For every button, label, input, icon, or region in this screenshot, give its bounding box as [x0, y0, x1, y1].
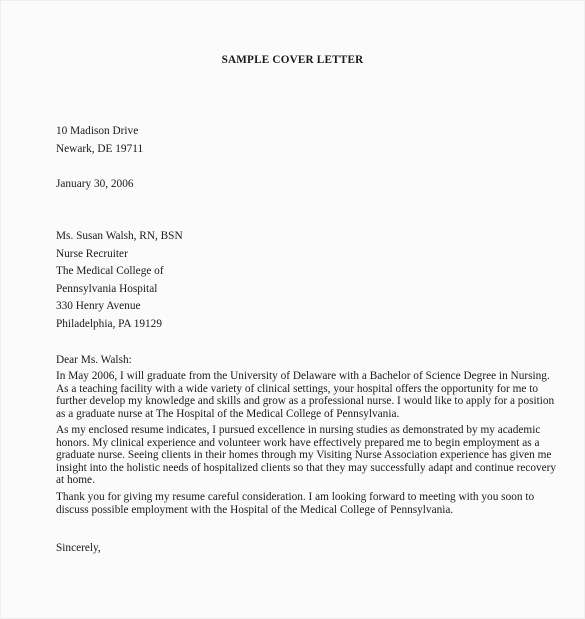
- closing: Sincerely,: [56, 540, 101, 556]
- paragraph-line: honors. My clinical experience and volun…: [56, 437, 566, 450]
- salutation: Dear Ms. Walsh:: [56, 352, 132, 368]
- recipient-organization-line-2: Pennsylvania Hospital: [56, 281, 183, 299]
- recipient-street: 330 Henry Avenue: [56, 298, 183, 316]
- paragraph-line: graduate nurse. Seeing clients in their …: [56, 449, 566, 462]
- sender-street: 10 Madison Drive: [56, 122, 143, 140]
- recipient-city-state-zip: Philadelphia, PA 19129: [56, 316, 183, 334]
- recipient-address: Ms. Susan Walsh, RN, BSN Nurse Recruiter…: [56, 228, 183, 334]
- sender-city-state-zip: Newark, DE 19711: [56, 140, 143, 158]
- paragraph-line: In May 2006, I will graduate from the Un…: [56, 370, 566, 383]
- paragraph-line: Thank you for giving my resume careful c…: [56, 491, 566, 504]
- document-title: SAMPLE COVER LETTER: [1, 54, 584, 66]
- recipient-title: Nurse Recruiter: [56, 246, 183, 264]
- cover-letter-page: SAMPLE COVER LETTER 10 Madison Drive New…: [0, 0, 585, 619]
- paragraph-line: As a teaching facility with a wide varie…: [56, 383, 566, 396]
- recipient-name: Ms. Susan Walsh, RN, BSN: [56, 228, 183, 246]
- paragraph-line: discuss possible employment with the Hos…: [56, 504, 566, 517]
- body-paragraph-3: Thank you for giving my resume careful c…: [56, 491, 566, 516]
- recipient-organization-line-1: The Medical College of: [56, 263, 183, 281]
- body-paragraph-2: As my enclosed resume indicates, I pursu…: [56, 424, 566, 487]
- paragraph-line: at home.: [56, 474, 566, 487]
- letter-date: January 30, 2006: [56, 175, 134, 193]
- paragraph-line: further develop my knowledge and skills …: [56, 395, 566, 408]
- paragraph-line: as a graduate nurse at The Hospital of t…: [56, 408, 566, 421]
- paragraph-line: As my enclosed resume indicates, I pursu…: [56, 424, 566, 437]
- sender-address: 10 Madison Drive Newark, DE 19711: [56, 122, 143, 158]
- body-paragraph-1: In May 2006, I will graduate from the Un…: [56, 370, 566, 420]
- paragraph-line: insight into the holistic needs of hospi…: [56, 462, 566, 475]
